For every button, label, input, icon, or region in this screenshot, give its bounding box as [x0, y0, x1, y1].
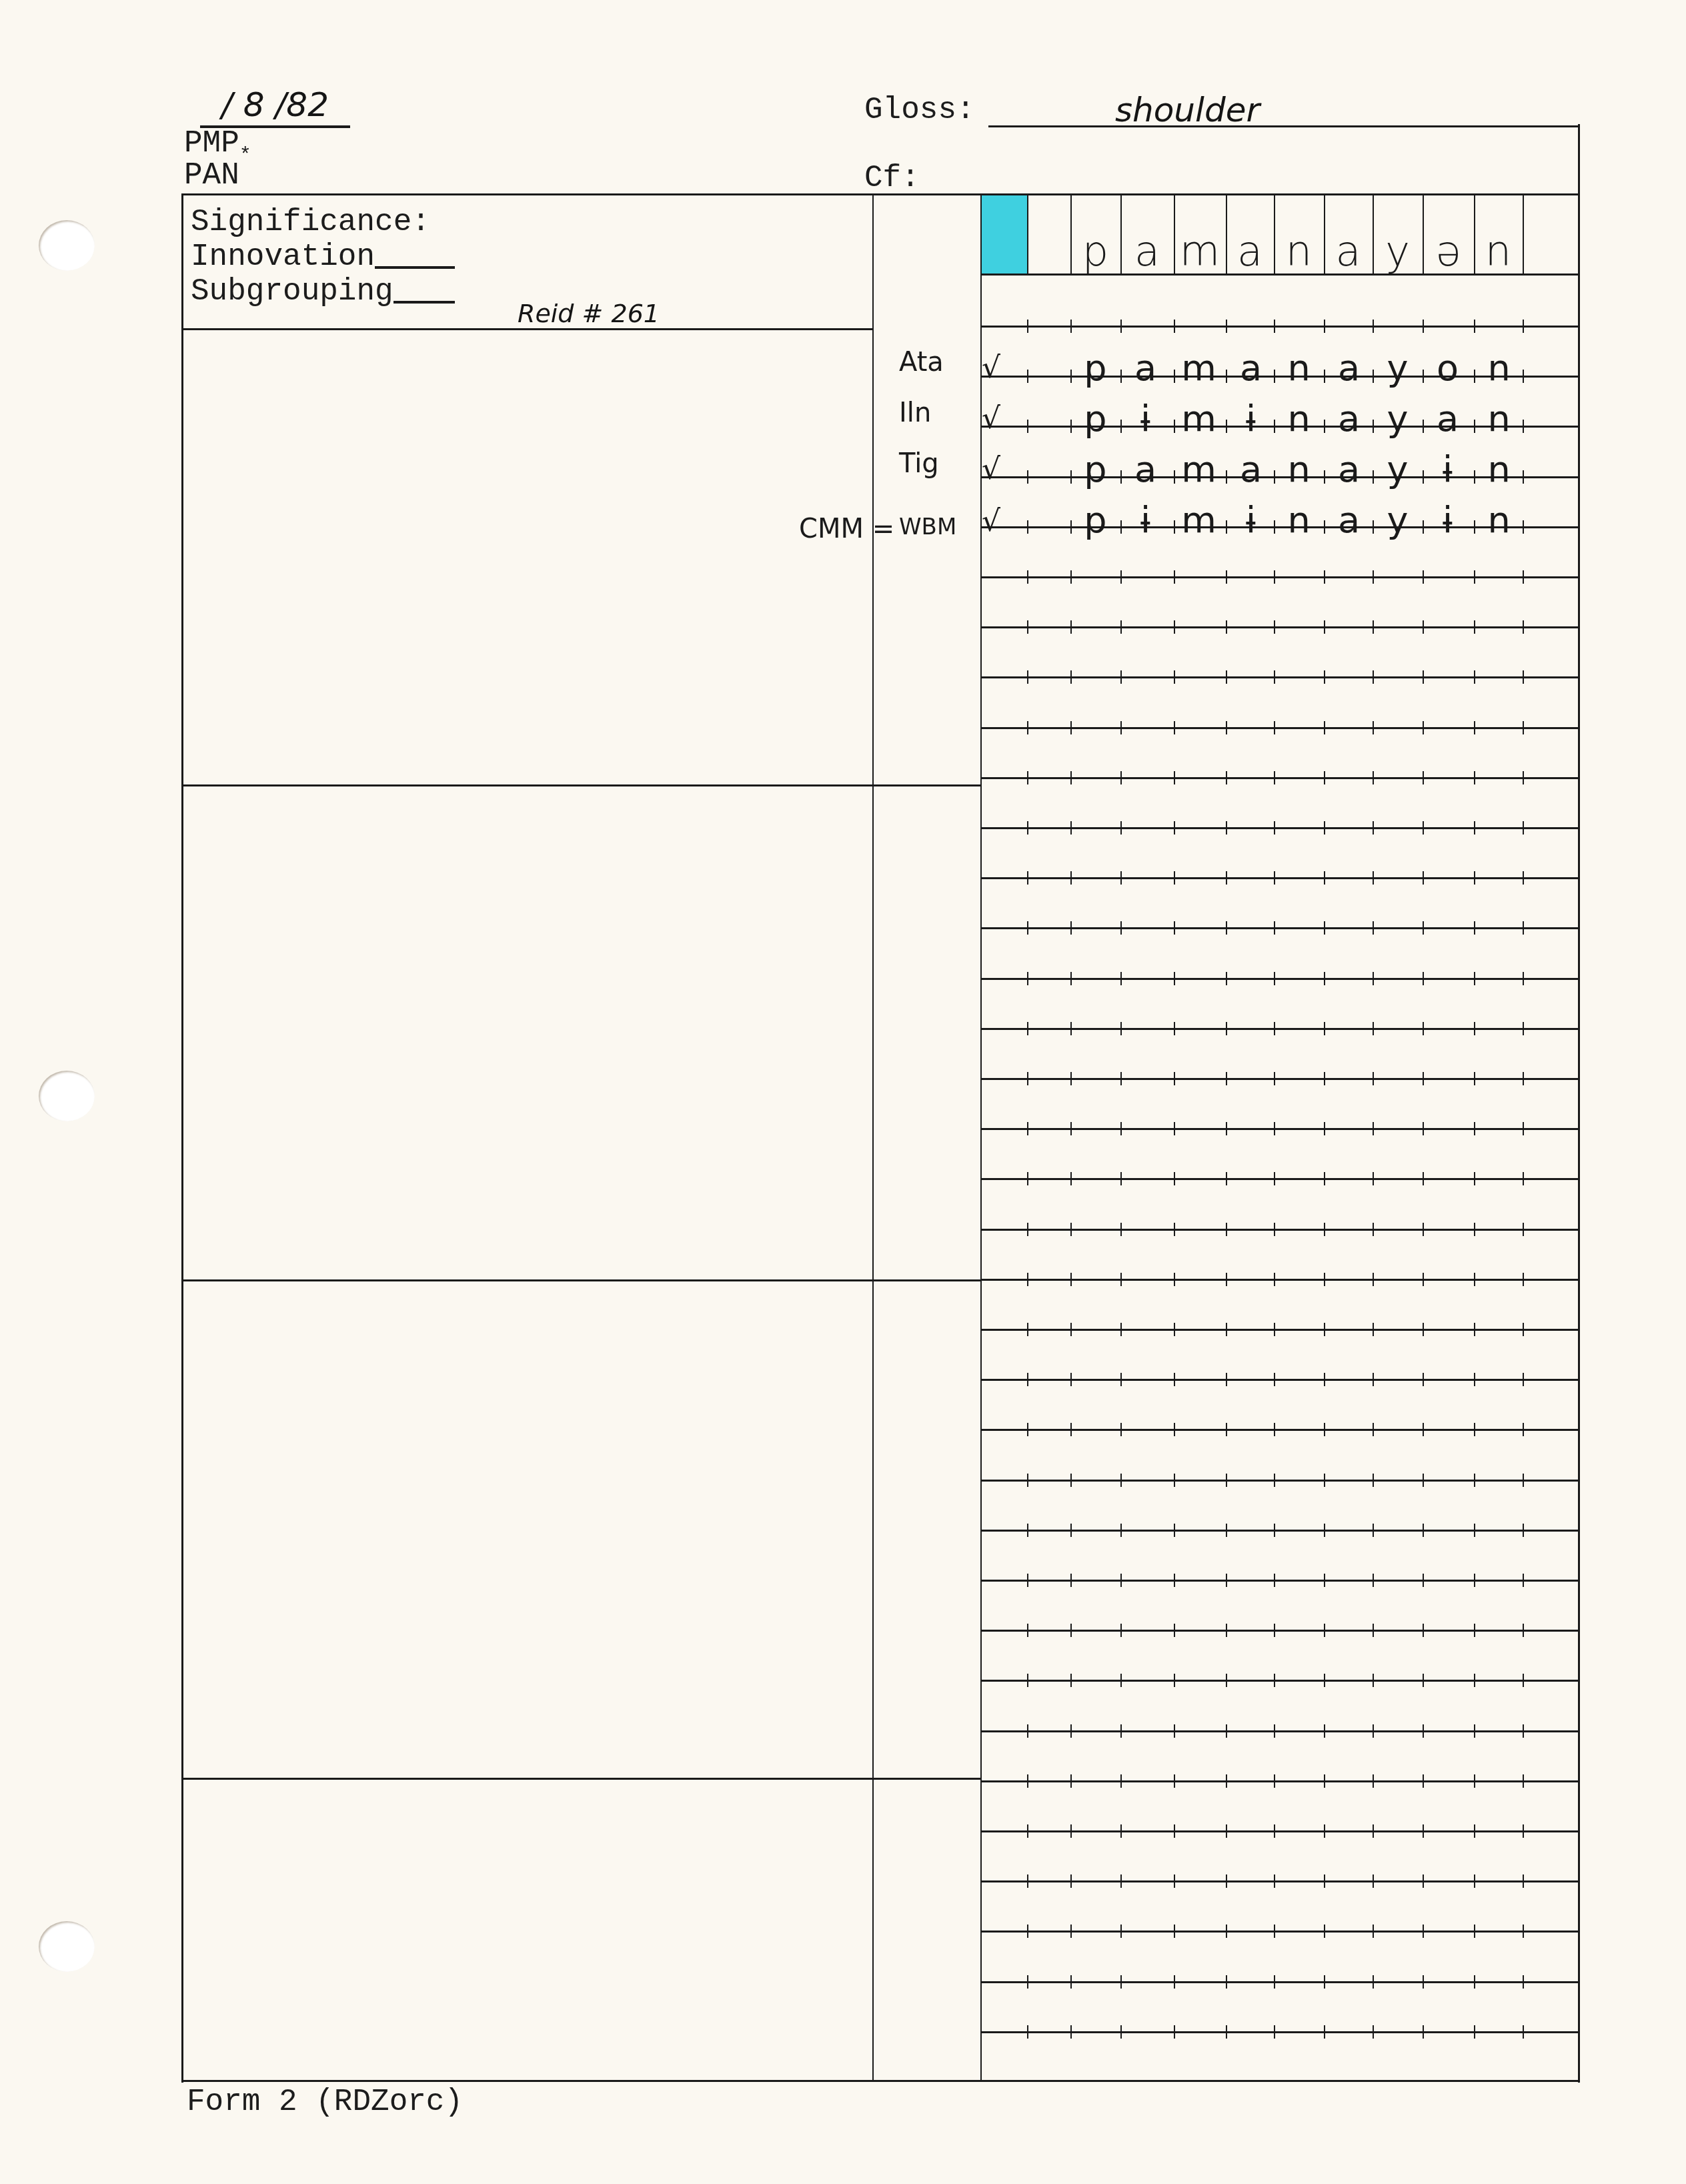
ruled-line-tick	[1423, 420, 1424, 433]
ruled-line-tick	[1474, 570, 1475, 584]
ruled-line-tick	[1226, 370, 1227, 383]
ruled-line-tick	[1274, 1574, 1275, 1587]
ruled-line-tick	[1274, 721, 1275, 734]
ruled-line-tick	[1027, 1925, 1028, 1938]
ruled-line-tick	[1423, 1323, 1424, 1336]
ruled-line-tick	[1324, 470, 1325, 484]
ruled-line-tick	[1070, 1122, 1072, 1135]
ruled-line-tick	[1474, 1373, 1475, 1386]
ruled-line-tick	[1373, 470, 1374, 484]
ruled-line-tick	[1324, 420, 1325, 433]
reflex-segment: ɨ	[1120, 499, 1170, 541]
ruled-line-tick	[1324, 921, 1325, 935]
reflex-segment: a	[1120, 347, 1170, 389]
ruled-line-tick	[1120, 821, 1122, 835]
ruled-line-tick	[1070, 620, 1072, 634]
ruled-line-tick	[1523, 670, 1524, 684]
ruled-line-tick	[1423, 871, 1424, 885]
ruled-line-tick	[1324, 1724, 1325, 1738]
ruled-line-tick	[1226, 470, 1227, 484]
ruled-line-tick	[1226, 1474, 1227, 1487]
ruled-line-tick	[1027, 972, 1028, 985]
ruled-line-tick	[1474, 520, 1475, 534]
ruled-line-tick	[1523, 1423, 1524, 1436]
ruled-line-tick	[1120, 1273, 1122, 1286]
ruled-line-tick	[1324, 1524, 1325, 1537]
ruled-line-tick	[1523, 721, 1524, 734]
ruled-line-tick	[1274, 871, 1275, 885]
ruled-line-tick	[1174, 1474, 1175, 1487]
ruled-line-tick	[1523, 520, 1524, 534]
ruled-line-tick	[1423, 1674, 1424, 1687]
ruled-line-tick	[1474, 1624, 1475, 1637]
ruled-line-tick	[1027, 721, 1028, 734]
ruled-line-tick	[1423, 1273, 1424, 1286]
ruled-line-tick	[1027, 1674, 1028, 1687]
ruled-line-tick	[1373, 771, 1374, 784]
ruled-line-tick	[1324, 1172, 1325, 1185]
reflex-segment: y	[1373, 347, 1423, 389]
ruled-line-tick	[1274, 1323, 1275, 1336]
ruled-line-tick	[1324, 1474, 1325, 1487]
ruled-line-tick	[1324, 871, 1325, 885]
ruled-line-tick	[1474, 320, 1475, 333]
ruled-line-tick	[1274, 470, 1275, 484]
reconstruction-segment: m	[1174, 227, 1226, 276]
ruled-line-tick	[1523, 1223, 1524, 1236]
highlight-cell	[982, 195, 1027, 274]
reflex-segment: y	[1373, 499, 1423, 541]
ruled-line-tick	[1474, 1423, 1475, 1436]
reflex-segment: n	[1474, 347, 1524, 389]
ruled-line-tick	[1523, 420, 1524, 433]
reflex-segment: a	[1226, 347, 1276, 389]
ruled-line-tick	[1120, 2025, 1122, 2039]
ruled-line-tick	[1226, 871, 1227, 885]
ruled-line-tick	[1373, 1524, 1374, 1537]
ruled-line-tick	[1120, 1022, 1122, 1035]
ruled-line-tick	[1027, 821, 1028, 835]
ruled-line-tick	[1474, 2025, 1475, 2039]
reflex-segment: a	[1120, 448, 1170, 490]
ruled-line-tick	[1070, 921, 1072, 935]
ruled-line-tick	[1523, 1574, 1524, 1587]
ruled-line-tick	[1373, 821, 1374, 835]
reflex-segment: n	[1474, 448, 1524, 490]
reflex-segment: y	[1373, 448, 1423, 490]
ruled-line-tick	[1174, 821, 1175, 835]
ruled-line-tick	[1373, 1423, 1374, 1436]
ruled-line-tick	[1523, 821, 1524, 835]
ruled-line-tick	[1324, 1373, 1325, 1386]
ruled-line-tick	[1027, 1975, 1028, 1989]
ruled-line-tick	[1174, 871, 1175, 885]
ruled-line-tick	[1373, 670, 1374, 684]
ruled-line-tick	[1474, 1273, 1475, 1286]
ruled-line-tick	[1226, 620, 1227, 634]
section-divider-2	[181, 1279, 982, 1281]
reconstruction-cell-divider	[1027, 195, 1028, 275]
ruled-line-tick	[1174, 1022, 1175, 1035]
ruled-line-tick	[1324, 1423, 1325, 1436]
ruled-line-tick	[1120, 620, 1122, 634]
ruled-line-tick	[1523, 1172, 1524, 1185]
ruled-line-tick	[1120, 1624, 1122, 1637]
ruled-line-tick	[1373, 1022, 1374, 1035]
ruled-line-tick	[1423, 921, 1424, 935]
ruled-line-tick	[1070, 470, 1072, 484]
ruled-line-tick	[1174, 1323, 1175, 1336]
ruled-line-tick	[1070, 520, 1072, 534]
ruled-line-tick	[1274, 771, 1275, 784]
ruled-line-tick	[1523, 570, 1524, 584]
cf-field[interactable]	[920, 153, 1574, 191]
ruled-line-tick	[1423, 1524, 1424, 1537]
ruled-line-tick	[1373, 1474, 1374, 1487]
ruled-line-tick	[1174, 370, 1175, 383]
ruled-line-tick	[1120, 370, 1122, 383]
ruled-line-tick	[1070, 871, 1072, 885]
innovation-field[interactable]	[375, 266, 455, 269]
ruled-line-tick	[1027, 1474, 1028, 1487]
ruled-line-tick	[1120, 871, 1122, 885]
ruled-line-tick	[1226, 1975, 1227, 1989]
ruled-line-tick	[1373, 2025, 1374, 2039]
ruled-line-tick	[1120, 1423, 1122, 1436]
ruled-line-tick	[1120, 1925, 1122, 1938]
ruled-line-tick	[1523, 1373, 1524, 1386]
ruled-line-tick	[1226, 570, 1227, 584]
date-field[interactable]: / 8 /82	[200, 85, 350, 128]
ruled-line-tick	[1226, 1172, 1227, 1185]
ruled-line-tick	[1174, 520, 1175, 534]
ruled-line-tick	[1027, 1122, 1028, 1135]
reflex-segment: ɨ	[1226, 499, 1276, 541]
ruled-line-tick	[1120, 1072, 1122, 1085]
ruled-line-tick	[1423, 721, 1424, 734]
reconstruction-segment: ə	[1423, 227, 1474, 276]
ruled-line-tick	[1070, 771, 1072, 784]
ruled-line-tick	[1324, 1674, 1325, 1687]
reflex-segment: n	[1474, 499, 1524, 541]
ruled-line-tick	[1120, 1574, 1122, 1587]
reconstruction-segment: a	[1120, 227, 1174, 276]
ruled-line-tick	[1174, 1172, 1175, 1185]
language-label-tig: Tig	[899, 448, 939, 479]
ruled-line-tick	[1027, 670, 1028, 684]
reconstruction-segment: a	[1324, 227, 1373, 276]
subgrouping-field[interactable]	[393, 301, 455, 304]
ruled-line-tick	[1226, 721, 1227, 734]
cmm-prefix-note: CMM =	[799, 514, 894, 544]
ruled-line-tick	[1373, 520, 1374, 534]
date-value: / 8 /82	[221, 85, 329, 124]
ruled-line-tick	[1324, 620, 1325, 634]
language-label-wbm: WBM	[899, 514, 956, 540]
reflex-segment: a	[1324, 448, 1374, 490]
ruled-line-tick	[1174, 470, 1175, 484]
ruled-line-tick	[1324, 972, 1325, 985]
ruled-line-tick	[1120, 921, 1122, 935]
ruled-line-tick	[1274, 520, 1275, 534]
ruled-line-tick	[1523, 1072, 1524, 1085]
ruled-line-tick	[1423, 570, 1424, 584]
ruled-line-tick	[1027, 1072, 1028, 1085]
ruled-line-tick	[1120, 1172, 1122, 1185]
reconstruction-segment: n	[1474, 227, 1523, 276]
ruled-line-tick	[1324, 2025, 1325, 2039]
ruled-line-tick	[1120, 1223, 1122, 1236]
ruled-line-tick	[1274, 1423, 1275, 1436]
ruled-line-tick	[1274, 320, 1275, 333]
ruled-line-tick	[1274, 1674, 1275, 1687]
ruled-line-tick	[1324, 1975, 1325, 1989]
significance-divider	[181, 328, 874, 330]
ruled-line-tick	[1474, 1323, 1475, 1336]
ruled-line-tick	[1226, 1774, 1227, 1788]
ruled-line-tick	[1474, 1524, 1475, 1537]
ruled-line-tick	[1070, 1022, 1072, 1035]
ruled-line-tick	[1423, 520, 1424, 534]
reflex-segment: a	[1324, 347, 1374, 389]
ruled-line-tick	[1027, 771, 1028, 784]
ruled-line-tick	[1373, 1373, 1374, 1386]
ruled-line-tick	[1274, 620, 1275, 634]
ruled-line-tick	[1070, 670, 1072, 684]
ruled-line-tick	[1474, 1022, 1475, 1035]
ruled-line-tick	[1423, 1072, 1424, 1085]
reflex-segment: m	[1174, 398, 1224, 440]
ruled-line-tick	[1373, 1874, 1374, 1888]
reflex-segment: p	[1070, 398, 1120, 440]
ruled-line-tick	[1174, 1524, 1175, 1537]
ruled-line-tick	[1174, 1975, 1175, 1989]
reconstruction-segment: a	[1226, 227, 1274, 276]
ruled-line-tick	[1324, 1925, 1325, 1938]
ruled-line-tick	[1523, 1874, 1524, 1888]
ruled-line-tick	[1423, 1423, 1424, 1436]
ruled-line-tick	[1174, 1774, 1175, 1788]
ruled-line-tick	[1274, 1774, 1275, 1788]
ruled-line-tick	[1226, 2025, 1227, 2039]
ruled-line-tick	[1226, 1072, 1227, 1085]
ruled-line-tick	[1474, 370, 1475, 383]
ruled-line-tick	[1324, 320, 1325, 333]
ruled-line-tick	[1474, 1824, 1475, 1838]
ruled-line-tick	[1324, 1574, 1325, 1587]
ruled-line-tick	[1423, 620, 1424, 634]
ruled-line-tick	[1474, 620, 1475, 634]
ruled-line-tick	[1474, 1674, 1475, 1687]
gloss-field[interactable]: shoulder	[988, 93, 1579, 127]
ruled-line-tick	[1174, 1874, 1175, 1888]
ruled-line-tick	[1174, 1122, 1175, 1135]
ruled-line-tick	[1226, 771, 1227, 784]
ruled-line-tick	[1070, 1524, 1072, 1537]
ruled-line-tick	[1523, 320, 1524, 333]
ruled-line-tick	[1373, 1072, 1374, 1085]
ruled-line-tick	[1373, 1323, 1374, 1336]
ruled-line-tick	[1274, 370, 1275, 383]
ruled-line-tick	[1070, 1975, 1072, 1989]
ruled-line-tick	[1373, 1223, 1374, 1236]
ruled-line-tick	[1474, 470, 1475, 484]
ruled-line-tick	[1226, 1373, 1227, 1386]
ruled-line-tick	[1027, 1524, 1028, 1537]
ruled-line-tick	[1423, 1373, 1424, 1386]
ruled-line-tick	[1373, 921, 1374, 935]
ruled-line-tick	[1174, 1072, 1175, 1085]
ruled-line-tick	[1027, 1223, 1028, 1236]
ruled-line-tick	[1474, 1874, 1475, 1888]
check-mark-wbm: √	[982, 504, 1000, 538]
ruled-line-tick	[1027, 1774, 1028, 1788]
ruled-line-tick	[1226, 972, 1227, 985]
reflex-segment: n	[1274, 347, 1324, 389]
ruled-line-tick	[1474, 721, 1475, 734]
ruled-line-tick	[1027, 1022, 1028, 1035]
ruled-line-tick	[1523, 1724, 1524, 1738]
ruled-line-tick	[1226, 1925, 1227, 1938]
ruled-line-tick	[1226, 1273, 1227, 1286]
ruled-line-tick	[1523, 972, 1524, 985]
ruled-line-tick	[1373, 1574, 1374, 1587]
ruled-line-tick	[1027, 921, 1028, 935]
ruled-line-tick	[1423, 1925, 1424, 1938]
ruled-line-tick	[1523, 1674, 1524, 1687]
ruled-line-tick	[1070, 1874, 1072, 1888]
ruled-line-tick	[1423, 2025, 1424, 2039]
ruled-line-tick	[1324, 721, 1325, 734]
ruled-line-tick	[1070, 570, 1072, 584]
ruled-line-tick	[1423, 1824, 1424, 1838]
ruled-line-tick	[1324, 1323, 1325, 1336]
ruled-line-tick	[1423, 1724, 1424, 1738]
ruled-line-tick	[1274, 1824, 1275, 1838]
ruled-line-tick	[1120, 570, 1122, 584]
ruled-line-tick	[1070, 821, 1072, 835]
ruled-line-tick	[1523, 1975, 1524, 1989]
ruled-line-tick	[1120, 1824, 1122, 1838]
reflex-segment: n	[1274, 448, 1324, 490]
ruled-line-tick	[1070, 721, 1072, 734]
ruled-line-tick	[1523, 1524, 1524, 1537]
ruled-line-tick	[1474, 1975, 1475, 1989]
ruled-line-tick	[1474, 670, 1475, 684]
ruled-line-tick	[1027, 1172, 1028, 1185]
reflex-segment: o	[1423, 347, 1473, 389]
ruled-line-tick	[1070, 972, 1072, 985]
ruled-line-tick	[1523, 771, 1524, 784]
ruled-line-tick	[1174, 1574, 1175, 1587]
ruled-line-tick	[1070, 2025, 1072, 2039]
ruled-line-tick	[1474, 771, 1475, 784]
ruled-line-tick	[1373, 1975, 1374, 1989]
ruled-line-tick	[1120, 670, 1122, 684]
ruled-line-tick	[1373, 370, 1374, 383]
ruled-line-tick	[1027, 570, 1028, 584]
innovation-label: Innovation	[191, 241, 455, 272]
ruled-line-tick	[1226, 1724, 1227, 1738]
ruled-line-tick	[1120, 1724, 1122, 1738]
language-column-divider	[872, 193, 874, 2081]
ruled-line-tick	[1070, 1574, 1072, 1587]
reconstruction-cell-divider	[1523, 195, 1524, 275]
ruled-line-tick	[1474, 921, 1475, 935]
ruled-line-tick	[1274, 1874, 1275, 1888]
ruled-line-tick	[1226, 821, 1227, 835]
ruled-line-tick	[1324, 370, 1325, 383]
ruled-line-tick	[1027, 320, 1028, 333]
ruled-line-tick	[1423, 1774, 1424, 1788]
ruled-line-tick	[1120, 470, 1122, 484]
ruled-line-tick	[1027, 1323, 1028, 1336]
reconstruction-segment: p	[1070, 227, 1120, 276]
ruled-line-tick	[1274, 1273, 1275, 1286]
ruled-line-tick	[1226, 1423, 1227, 1436]
gloss-label: Gloss:	[864, 95, 975, 125]
ruled-line-tick	[1523, 620, 1524, 634]
ruled-line-tick	[1120, 1975, 1122, 1989]
ruled-line-tick	[1120, 1323, 1122, 1336]
ruled-line-tick	[1474, 821, 1475, 835]
ruled-line-tick	[1120, 520, 1122, 534]
ruled-line-tick	[1324, 1273, 1325, 1286]
ruled-line-tick	[1523, 1122, 1524, 1135]
ruled-line-tick	[1373, 871, 1374, 885]
pan-label: PAN	[184, 160, 239, 191]
ruled-line-tick	[1324, 1122, 1325, 1135]
ruled-line-tick	[1070, 1172, 1072, 1185]
ruled-line-tick	[1474, 1724, 1475, 1738]
ruled-line-tick	[1274, 670, 1275, 684]
ruled-line-tick	[1174, 921, 1175, 935]
ruled-line-tick	[1373, 1624, 1374, 1637]
reconstruction-cell-divider	[980, 195, 982, 275]
ruled-line-tick	[1324, 821, 1325, 835]
ruled-line-tick	[1070, 1774, 1072, 1788]
ruled-line-tick	[1474, 1574, 1475, 1587]
reconstruction-segment: n	[1274, 227, 1324, 276]
ruled-line-tick	[1274, 1122, 1275, 1135]
ruled-line-tick	[1174, 1423, 1175, 1436]
ruled-line-tick	[1324, 771, 1325, 784]
ruled-line-tick	[1274, 1524, 1275, 1537]
reflex-segment: ɨ	[1423, 499, 1473, 541]
ruled-line-tick	[1373, 1172, 1374, 1185]
ruled-line-tick	[1423, 1022, 1424, 1035]
ruled-line-tick	[1174, 1223, 1175, 1236]
ruled-line-tick	[1174, 570, 1175, 584]
reflex-segment: a	[1324, 499, 1374, 541]
reflex-segment: ɨ	[1423, 448, 1473, 490]
language-label-iln: Iln	[899, 398, 931, 428]
ruled-line-tick	[1324, 670, 1325, 684]
reflex-segment: m	[1174, 347, 1224, 389]
ruled-line-tick	[1070, 320, 1072, 333]
ruled-line-tick	[1226, 921, 1227, 935]
ruled-line-tick	[1070, 1674, 1072, 1687]
ruled-line-tick	[1226, 1022, 1227, 1035]
ruled-line-tick	[1274, 1724, 1275, 1738]
ruled-line-tick	[1523, 1474, 1524, 1487]
ruled-line-tick	[1474, 1474, 1475, 1487]
ruled-line-tick	[1373, 570, 1374, 584]
ruled-line-tick	[1274, 1072, 1275, 1085]
ruled-line-tick	[1423, 771, 1424, 784]
ruled-line-tick	[1027, 1373, 1028, 1386]
ruled-line-tick	[1423, 1975, 1424, 1989]
